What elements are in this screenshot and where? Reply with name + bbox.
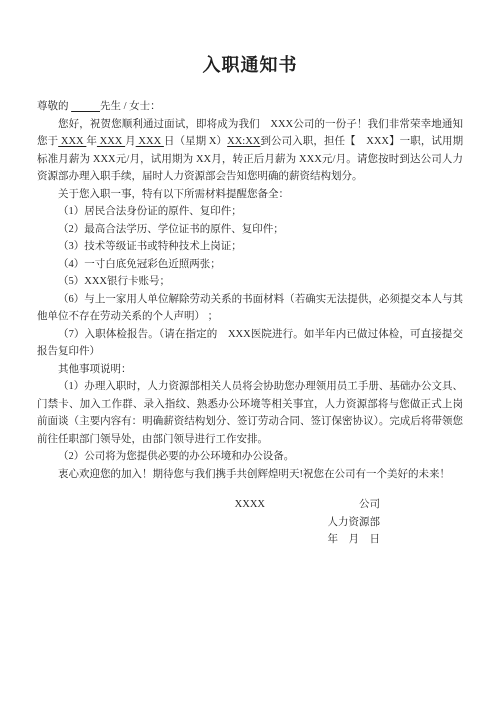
signature-department: 人力资源部 [37,514,380,532]
paragraph: （1）居民合法身份证的原件、复印件； [37,203,463,221]
paragraph: 其他事项说明： [37,361,463,379]
paragraph: 关于您入职一事，特有以下所需材料提醒您备全： [37,186,463,204]
paragraph: 衷心欢迎您的加入！期待您与我们携手共创辉煌明天!祝您在公司有一个美好的未来！ [37,466,463,484]
paragraph: （6）与上一家用人单位解除劳动关系的书面材料（若确实无法提供，必须提交本人与其他… [37,291,463,326]
document-body: 尊敬的 先生 / 女士：您好，祝贺您顺利通过面试，即将成为我们 XXX公司的一份… [37,98,463,483]
paragraph-text: （2）最高合法学历、学位证书的原件、复印件； [58,224,284,235]
paragraph-text: （5）XXX银行卡账号； [58,276,170,287]
paragraph-text: （1）办理入职时，人力资源部相关人员将会协助您办理领用员工手册、基础办公文具、门… [37,381,463,445]
paragraph-text: （4）一寸白底免冠彩色近照两张； [58,259,221,270]
paragraph-text: （2）公司将为您提供必要的办公环境和办公设备。 [58,451,294,462]
signature-block: XXXX公司 人力资源部 年 月 日 [37,496,463,549]
document-page: 入职通知书 尊敬的 先生 / 女士：您好，祝贺您顺利通过面试，即将成为我们 XX… [0,0,500,708]
paragraph: （7）入职体检报告。（请在指定的 XXX医院进行。如半年内已做过体检，可直接提交… [37,326,463,361]
paragraph-text: 其他事项说明： [58,364,132,375]
fill-in-blank: XXX [97,136,125,147]
paragraph: （2）最高合法学历、学位证书的原件、复印件； [37,221,463,239]
paragraph: 尊敬的 先生 / 女士： [37,98,463,116]
paragraph: （4）一寸白底免冠彩色近照两张； [37,256,463,274]
fill-in-blank: XX:XX [227,136,260,147]
paragraph: （1）办理入职时，人力资源部相关人员将会协助您办理领用员工手册、基础办公文具、门… [37,378,463,448]
signature-company-line: XXXX公司 [37,496,380,514]
paragraph-text: 关于您入职一事，特有以下所需材料提醒您备全： [58,189,289,200]
paragraph-text: 月 [125,136,136,147]
paragraph: （2）公司将为您提供必要的办公环境和办公设备。 [37,448,463,466]
signature-company-suffix: 公司 [359,499,380,510]
signature-company-name: XXXX [235,499,265,510]
fill-in-blank: XXX [136,136,164,147]
paragraph-text: 先生 / 女士： [100,101,161,112]
paragraph-text: 年 [86,136,97,147]
paragraph-text: （7）入职体检报告。（请在指定的 XXX医院进行。如半年内已做过体检，可直接提交… [37,329,463,358]
paragraph-text: （1）居民合法身份证的原件、复印件； [58,206,242,217]
document-title: 入职通知书 [37,52,463,78]
paragraph: （5）XXX银行卡账号； [37,273,463,291]
paragraph: （3）技术等级证书或特种技术上岗证； [37,238,463,256]
paragraph: 您好，祝贺您顺利通过面试，即将成为我们 XXX公司的一份子！我们非常荣幸地通知您… [37,116,463,186]
paragraph-text: （3）技术等级证书或特种技术上岗证； [58,241,242,252]
paragraph-text: （6）与上一家用人单位解除劳动关系的书面材料（若确实无法提供，必须提交本人与其他… [37,294,463,323]
signature-date: 年 月 日 [37,531,380,549]
paragraph-text: 尊敬的 [37,101,71,112]
paragraph-text: 日（星期 X） [164,136,227,147]
fill-in-blank: XXX [58,136,86,147]
fill-in-blank [71,101,100,112]
paragraph-text: 衷心欢迎您的加入！期待您与我们携手共创辉煌明天!祝您在公司有一个美好的未来！ [58,469,450,480]
